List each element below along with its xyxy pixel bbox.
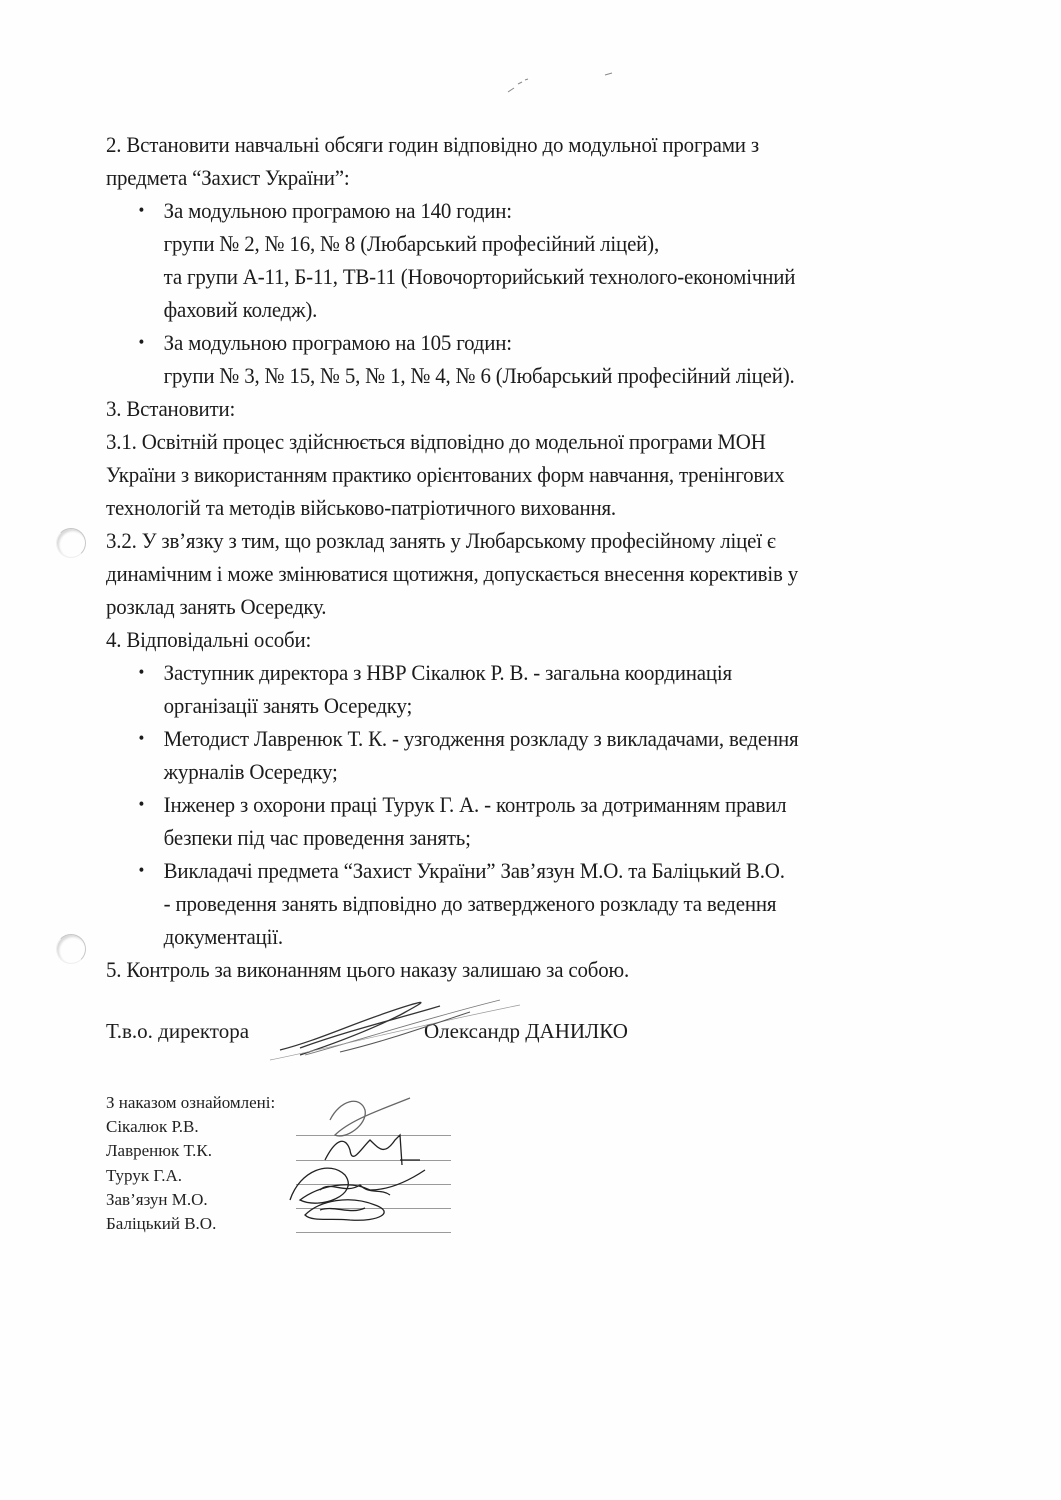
signatory-title: Т.в.о. директора [106, 1019, 249, 1044]
paragraph-3-1-line: технологій та методів військово-патріоти… [106, 491, 906, 524]
signature-line [296, 1160, 451, 1161]
acknowledgement-heading-text: З наказом ознайомлені: [106, 1093, 275, 1112]
list-item-line: групи № 2, № 16, № 8 (Любарський професі… [164, 227, 906, 260]
acknowledged-person: Сікалюк Р.В. [106, 1117, 199, 1136]
section-2-heading-line1: 2. Встановити навчальні обсяги годин від… [106, 128, 906, 161]
acknowledged-person: Зав’язун М.О. [106, 1190, 208, 1209]
acknowledgement-block: З наказом ознайомлені: Сікалюк Р.В. Лавр… [106, 1091, 451, 1236]
list-item-line: документації. [164, 920, 906, 953]
bullet-icon: • [139, 326, 145, 359]
acknowledgement-row: Турук Г.А. [106, 1164, 451, 1188]
section-2-list: • За модульною програмою на 140 годин: г… [106, 194, 906, 392]
signatory-name: Олександр ДАНИЛКО [424, 1019, 628, 1044]
responsible-persons-list: • Заступник директора з НВР Сікалюк Р. В… [106, 656, 906, 953]
punch-hole-lower [56, 934, 86, 964]
responsible-person-item: • Методист Лавренюк Т. К. - узгодження р… [106, 722, 906, 788]
paragraph-3-2-line: 3.2. У зв’язку з тим, що розклад занять … [106, 524, 906, 557]
acknowledgement-row: Баліцький В.О. [106, 1212, 451, 1236]
paragraph-3-2-line: динамічним і може змінюватися щотижня, д… [106, 557, 906, 590]
director-signature-row: Т.в.о. директора Олександр ДАНИЛКО [106, 1019, 806, 1059]
list-item-line: та групи А-11, Б-11, ТВ-11 (Новочорторий… [164, 260, 906, 293]
list-item-line: фаховий коледж). [164, 293, 906, 326]
list-item-140-hours: • За модульною програмою на 140 годин: г… [106, 194, 906, 326]
bullet-icon: • [139, 854, 145, 887]
list-item-line: Інженер з охорони праці Турук Г. А. - ко… [164, 788, 906, 821]
bullet-icon: • [139, 656, 145, 689]
list-item-105-hours: • За модульною програмою на 105 годин: г… [106, 326, 906, 392]
section-4-heading: 4. Відповідальні особи: [106, 623, 906, 656]
list-item-line: Викладачі предмета “Захист України” Зав’… [164, 854, 906, 887]
list-item-line: безпеки під час проведення занять; [164, 821, 906, 854]
responsible-person-item: • Викладачі предмета “Захист України” За… [106, 854, 906, 953]
signature-line [296, 1184, 451, 1185]
acknowledgement-row: Зав’язун М.О. [106, 1188, 451, 1212]
list-item-line: - проведення занять відповідно до затвер… [164, 887, 906, 920]
paragraph-3-1-line: України з використанням практико орієнто… [106, 458, 906, 491]
responsible-person-item: • Інженер з охорони праці Турук Г. А. - … [106, 788, 906, 854]
section-3-heading: 3. Встановити: [106, 392, 906, 425]
punch-hole-upper [56, 528, 86, 558]
list-item-line: За модульною програмою на 105 годин: [164, 326, 906, 359]
acknowledgement-row: Лавренюк Т.К. [106, 1139, 451, 1163]
acknowledged-person: Лавренюк Т.К. [106, 1141, 212, 1160]
acknowledged-person: Баліцький В.О. [106, 1214, 216, 1233]
list-item-line: За модульною програмою на 140 годин: [164, 194, 906, 227]
list-item-line: Заступник директора з НВР Сікалюк Р. В. … [164, 656, 906, 689]
paragraph-3-2-line: розклад занять Осередку. [106, 590, 906, 623]
scanned-page: 2. Встановити навчальні обсяги годин від… [0, 0, 1061, 1500]
signature-line [296, 1232, 451, 1233]
acknowledgement-row: Сікалюк Р.В. [106, 1115, 451, 1139]
paragraph-3-1-line: 3.1. Освітній процес здійснюється відпов… [106, 425, 906, 458]
list-item-line: Методист Лавренюк Т. К. - узгодження роз… [164, 722, 906, 755]
responsible-person-item: • Заступник директора з НВР Сікалюк Р. В… [106, 656, 906, 722]
section-2-heading-line2: предмета “Захист України”: [106, 161, 906, 194]
stray-marks [508, 73, 612, 92]
bullet-icon: • [139, 722, 145, 755]
list-item-line: групи № 3, № 15, № 5, № 1, № 4, № 6 (Люб… [164, 359, 906, 392]
section-5-text: 5. Контроль за виконанням цього наказу з… [106, 953, 906, 986]
signature-line [296, 1135, 451, 1136]
order-body: 2. Встановити навчальні обсяги годин від… [106, 128, 906, 986]
signature-line [296, 1208, 451, 1209]
acknowledged-person: Турук Г.А. [106, 1166, 182, 1185]
bullet-icon: • [139, 194, 145, 227]
list-item-line: журналів Осередку; [164, 755, 906, 788]
acknowledgement-heading: З наказом ознайомлені: [106, 1091, 451, 1115]
bullet-icon: • [139, 788, 145, 821]
list-item-line: організації занять Осередку; [164, 689, 906, 722]
